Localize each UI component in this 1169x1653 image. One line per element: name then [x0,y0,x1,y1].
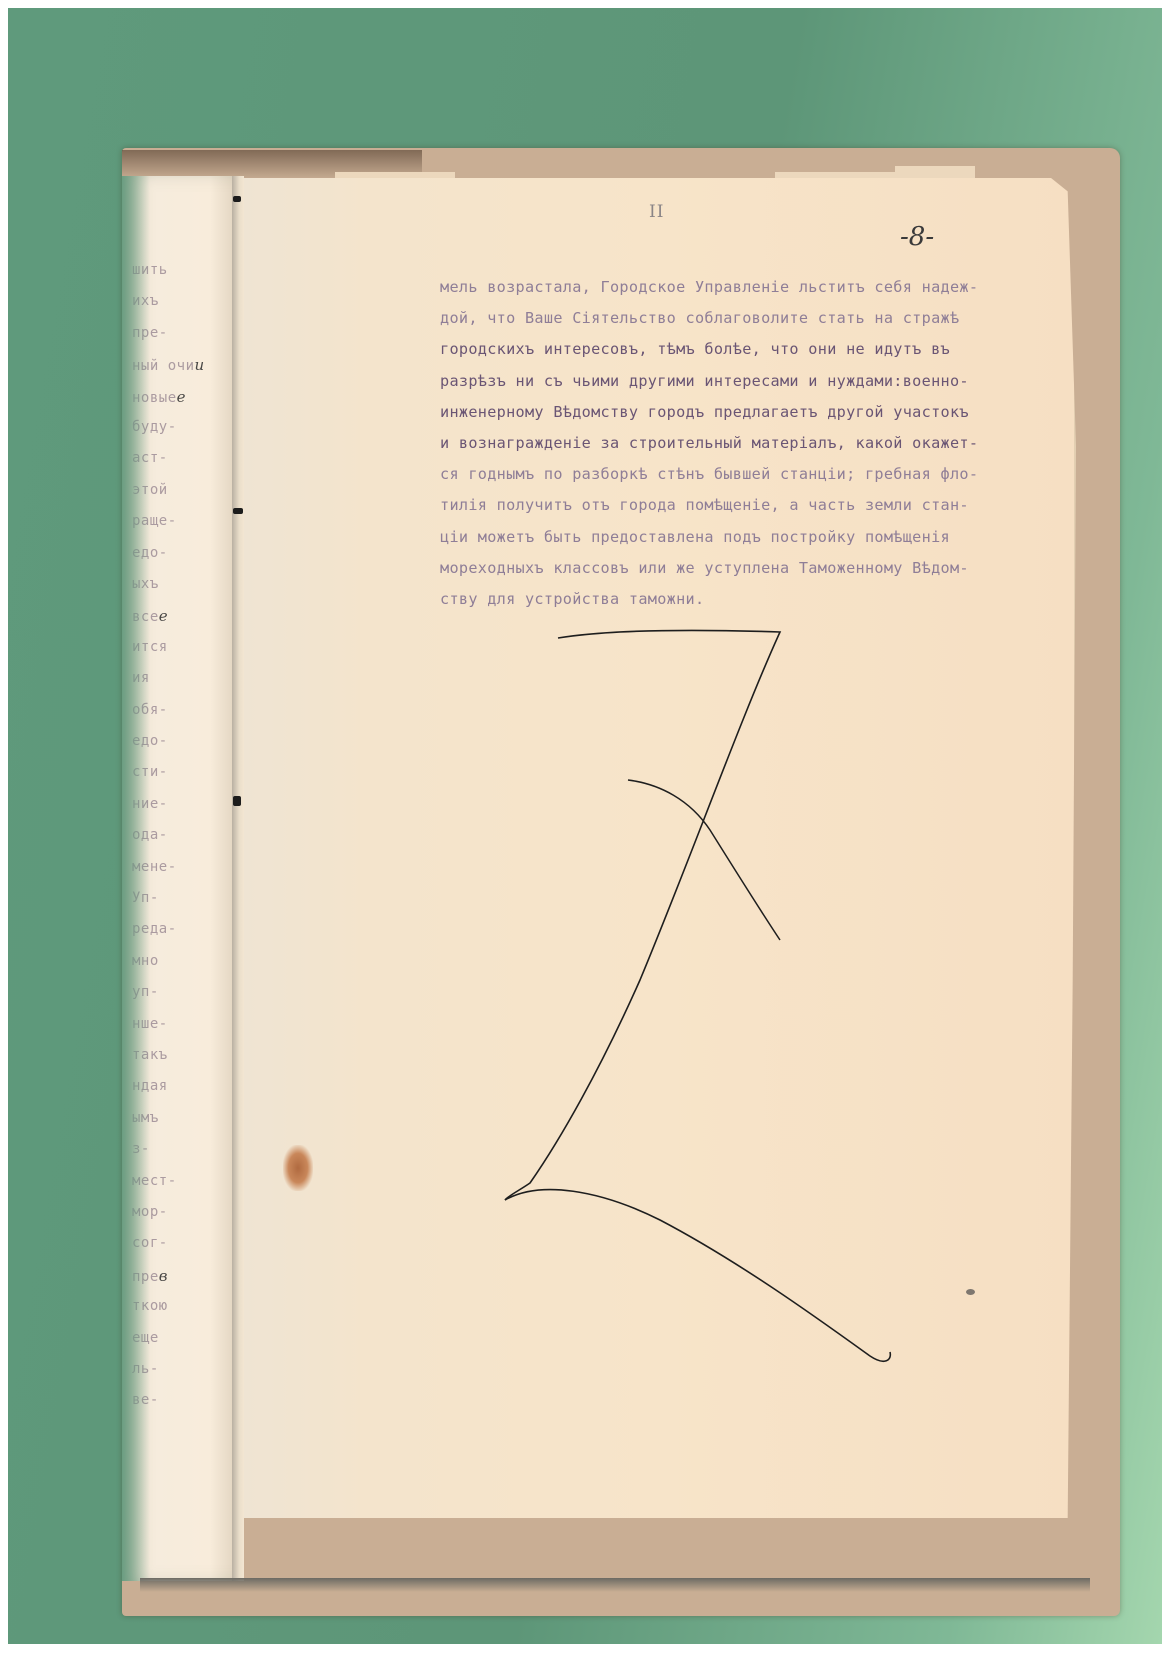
folder-bottom-shadow [140,1578,1090,1592]
strike-through-mark [0,0,1169,1653]
ink-spot [966,1289,975,1295]
rust-stain [283,1145,313,1191]
